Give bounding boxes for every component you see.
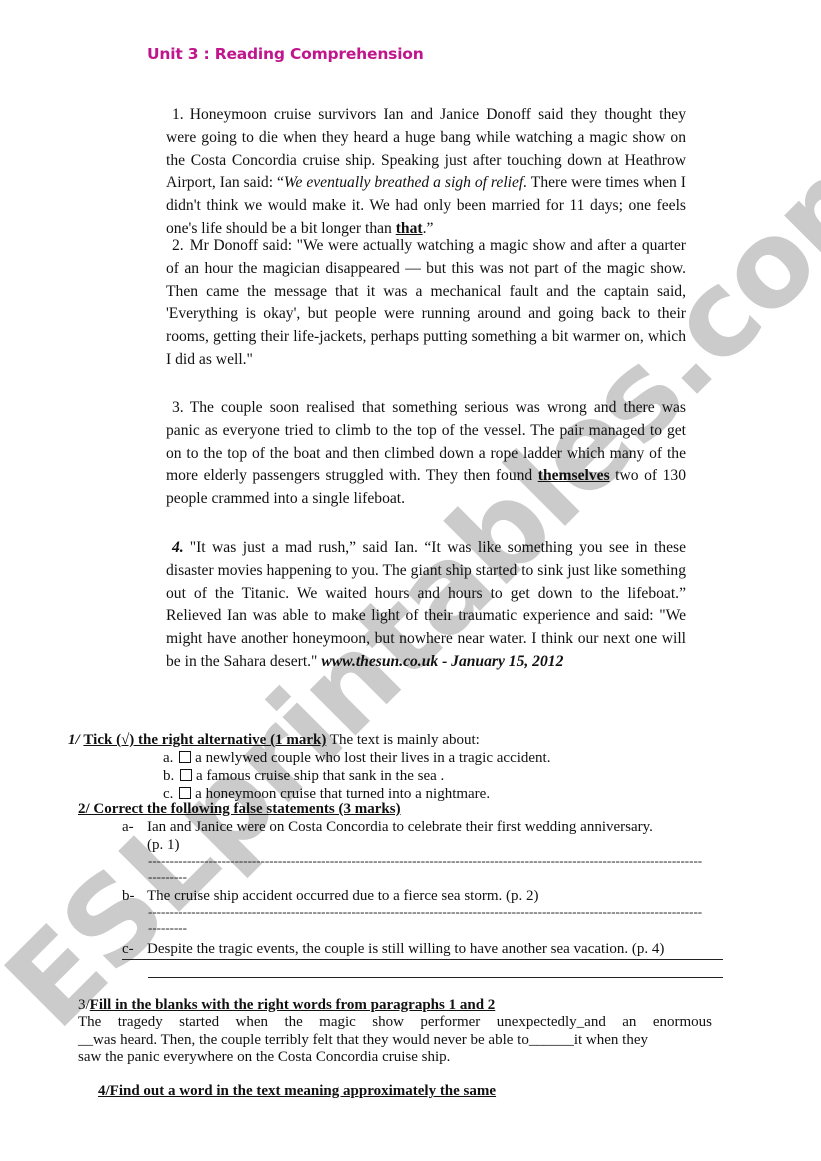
answer-line[interactable]: ----------------------------------------… <box>148 905 723 919</box>
statement-text: The cruise ship accident occurred due to… <box>147 888 539 904</box>
statement-label: c- <box>122 940 147 958</box>
worksheet-page: Unit 3 : Reading Comprehension 1.Honeymo… <box>0 0 821 1161</box>
option-b[interactable]: b. a famous cruise ship that sank in the… <box>163 767 444 785</box>
checkbox-icon[interactable] <box>180 769 192 781</box>
question-1: 1/ Tick (√) the right alternative (1 mar… <box>68 731 480 749</box>
underline-rule <box>122 959 723 960</box>
statement-c: c-Despite the tragic events, the couple … <box>122 940 664 958</box>
fill-in-line-1: The tragedy started when the magic show … <box>78 1014 712 1032</box>
question-number: 1/ <box>68 732 80 748</box>
statement-text: Ian and Janice were on Costa Concordia t… <box>147 819 653 835</box>
paragraph-number: 2. <box>172 237 184 254</box>
answer-line[interactable] <box>148 977 723 978</box>
paragraph-4: 4."It was just a mad rush,” said Ian. “I… <box>166 537 686 674</box>
question-3-heading: 3/Fill in the blanks with the right word… <box>78 997 495 1014</box>
paragraph-2: 2.Mr Donoff said: "We were actually watc… <box>166 235 686 372</box>
statement-a-reference: (p. 1) <box>147 836 180 854</box>
paragraph-number: 1. <box>172 106 184 123</box>
question-prompt: The text is mainly about: <box>326 732 479 748</box>
answer-line-tail[interactable]: --------- <box>148 921 218 935</box>
question-heading: Tick (√) the right alternative (1 mark) <box>83 732 326 748</box>
fill-in-line-2: __was heard. Then, the couple terribly f… <box>78 1032 712 1050</box>
statement-label: b- <box>122 887 147 905</box>
option-text: a honeymoon cruise that turned into a ni… <box>195 786 490 802</box>
emphasized-word: themselves <box>538 467 610 484</box>
paragraph-1: 1.Honeymoon cruise survivors Ian and Jan… <box>166 104 686 241</box>
quote-italic: We eventually breathed a sigh of relief. <box>284 174 527 191</box>
statement-a: a-Ian and Janice were on Costa Concordia… <box>122 818 653 836</box>
statement-b: b-The cruise ship accident occurred due … <box>122 887 539 905</box>
paragraph-number: 4. <box>172 539 184 556</box>
checkbox-icon[interactable] <box>179 787 191 799</box>
statement-text: Despite the tragic events, the couple is… <box>147 941 664 957</box>
option-label: b. <box>163 768 174 784</box>
fill-in-line-3: saw the panic everywhere on the Costa Co… <box>78 1049 712 1067</box>
option-a[interactable]: a. a newlywed couple who lost their live… <box>163 749 550 767</box>
answer-line[interactable]: ----------------------------------------… <box>148 854 723 868</box>
source-citation: www.thesun.co.uk - January 15, 2012 <box>321 653 563 670</box>
answer-line-tail[interactable]: --------- <box>148 870 218 884</box>
question-4-heading: 4/Find out a word in the text meaning ap… <box>98 1083 496 1100</box>
paragraph-text: Mr Donoff said: "We were actually watchi… <box>166 237 686 368</box>
page-title: Unit 3 : Reading Comprehension <box>147 45 424 63</box>
option-text: a famous cruise ship that sank in the se… <box>196 768 444 784</box>
option-label: c. <box>163 786 173 802</box>
option-text: a newlywed couple who lost their lives i… <box>195 750 550 766</box>
checkbox-icon[interactable] <box>179 751 191 763</box>
paragraph-number: 3. <box>172 399 184 416</box>
question-number: 3/ <box>78 997 90 1013</box>
question-heading: Fill in the blanks with the right words … <box>90 997 496 1013</box>
fill-in-text: The tragedy started when the magic show … <box>78 1014 712 1067</box>
option-label: a. <box>163 750 173 766</box>
question-2-heading: 2/ Correct the following false statement… <box>78 801 401 818</box>
paragraph-text: "It was just a mad rush,” said Ian. “It … <box>166 539 686 670</box>
paragraph-3: 3.The couple soon realised that somethin… <box>166 397 686 511</box>
statement-label: a- <box>122 818 147 836</box>
